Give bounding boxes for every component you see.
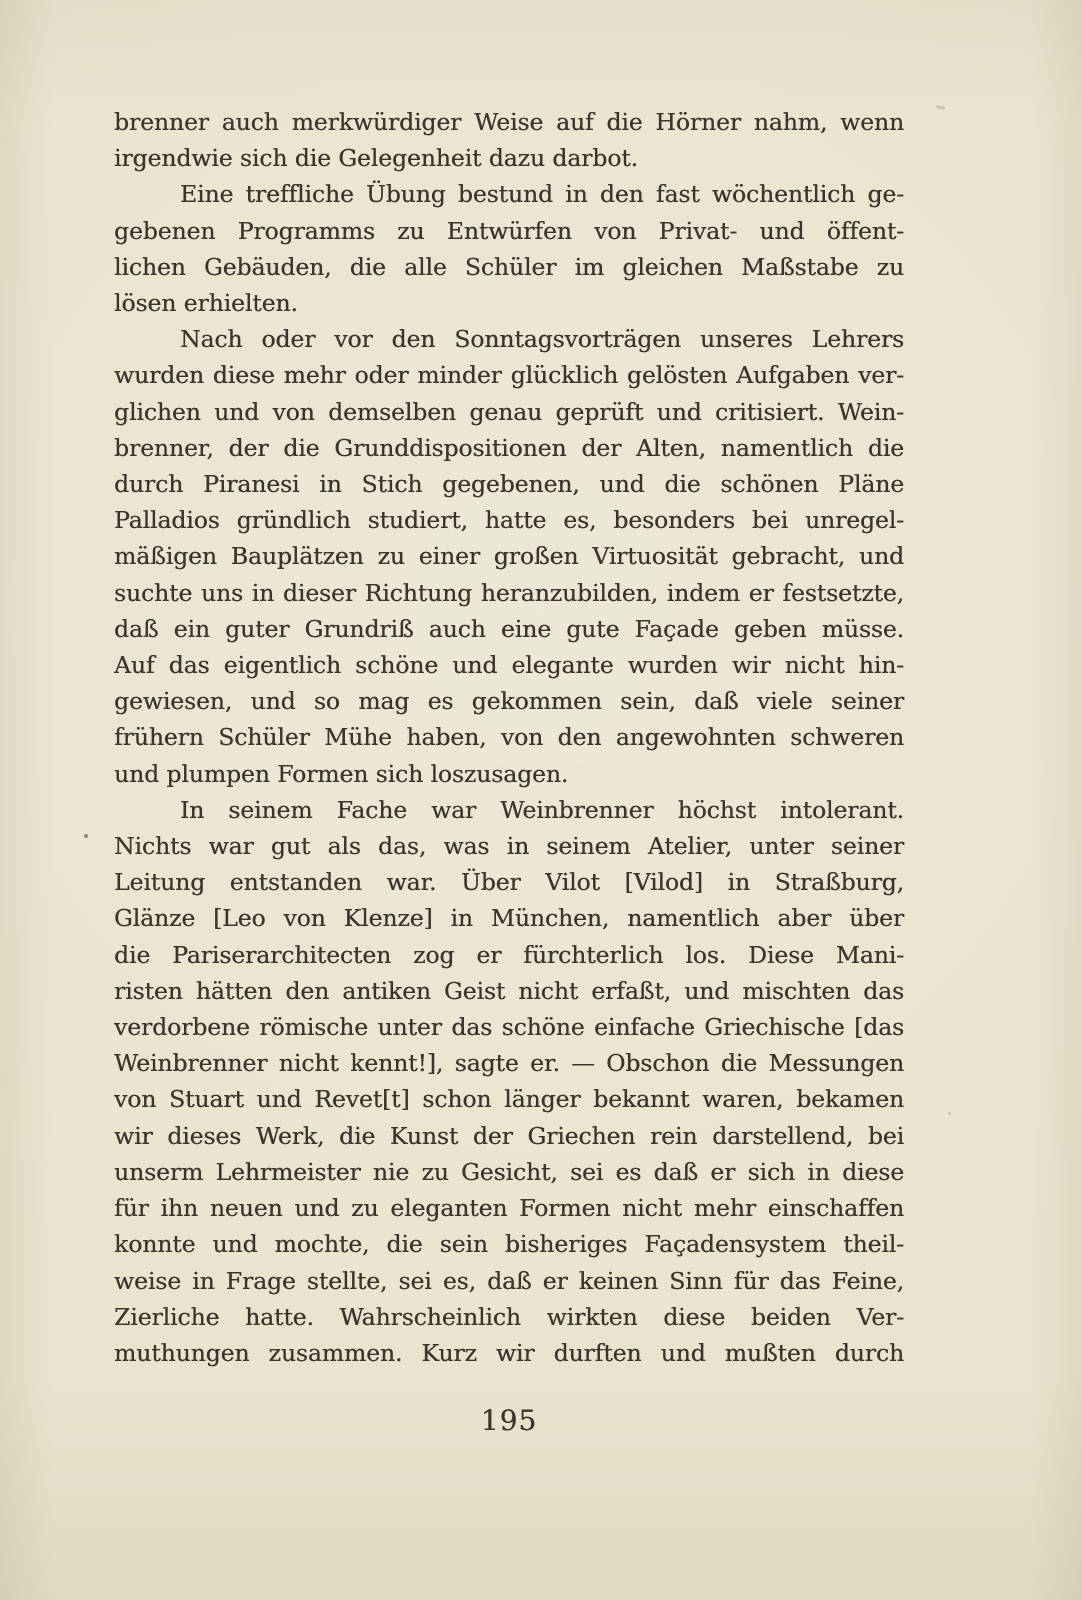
text-line: daß ein guter Grundriß auch eine gute Fa… — [114, 611, 904, 647]
text-line: gewiesen, und so mag es gekommen sein, d… — [114, 683, 904, 719]
text-line: und plumpen Formen sich loszusagen. — [114, 756, 904, 792]
paper-speck — [948, 1112, 951, 1115]
text-line: durch Piranesi in Stich gegebenen, und d… — [114, 466, 904, 502]
text-line: Auf das eigentlich schöne und elegante w… — [114, 647, 904, 683]
text-line: die Pariserarchitecten zog er fürchterli… — [114, 937, 904, 973]
text-line: verdorbene römische unter das schöne ein… — [114, 1009, 904, 1045]
page-number: 195 — [114, 1403, 904, 1439]
text-line: frühern Schüler Mühe haben, von den ange… — [114, 719, 904, 755]
text-line: glichen und von demselben genau geprüft … — [114, 394, 904, 430]
text-line: Zierliche hatte. Wahrscheinlich wirkten … — [114, 1299, 904, 1335]
text-line: suchte uns in dieser Richtung heranzubil… — [114, 575, 904, 611]
text-line: für ihn neuen und zu eleganten Formen ni… — [114, 1190, 904, 1226]
text-line: Palladios gründlich studiert, hatte es, … — [114, 502, 904, 538]
text-line: irgendwie sich die Gelegenheit dazu darb… — [114, 140, 904, 176]
text-line: wir dieses Werk, die Kunst der Griechen … — [114, 1118, 904, 1154]
paper-speck — [936, 105, 945, 110]
text-line: muthungen zusammen. Kurz wir durften und… — [114, 1335, 904, 1371]
text-line: In seinem Fache war Weinbrenner höchst i… — [114, 792, 904, 828]
text-line: unserm Lehrmeister nie zu Gesicht, sei e… — [114, 1154, 904, 1190]
text-line: gebenen Programms zu Entwürfen von Priva… — [114, 213, 904, 249]
text-line: Nichts war gut als das, was in seinem At… — [114, 828, 904, 864]
text-line: Leitung entstanden war. Über Vilot [Vilo… — [114, 864, 904, 900]
book-page: brenner auch merkwürdiger Weise auf die … — [0, 0, 1082, 1600]
text-line: Nach oder vor den Sonntagsvorträgen unse… — [114, 321, 904, 357]
text-line: Eine treffliche Übung bestund in den fas… — [114, 176, 904, 212]
text-line: risten hätten den antiken Geist nicht er… — [114, 973, 904, 1009]
text-line: Weinbrenner nicht kennt!], sagte er. — O… — [114, 1045, 904, 1081]
text-line: konnte und mochte, die sein bisheriges F… — [114, 1226, 904, 1262]
text-line: lösen erhielten. — [114, 285, 904, 321]
text-line: weise in Frage stellte, sei es, daß er k… — [114, 1263, 904, 1299]
text-block: brenner auch merkwürdiger Weise auf die … — [114, 104, 904, 1439]
paper-speck — [84, 834, 88, 838]
text-line: Glänze [Leo von Klenze] in München, name… — [114, 900, 904, 936]
text-line: wurden diese mehr oder minder glücklich … — [114, 357, 904, 393]
text-line: brenner, der die Grunddispositionen der … — [114, 430, 904, 466]
text-line: von Stuart und Revet[t] schon länger bek… — [114, 1081, 904, 1117]
text-line: brenner auch merkwürdiger Weise auf die … — [114, 104, 904, 140]
text-line: lichen Gebäuden, die alle Schüler im gle… — [114, 249, 904, 285]
text-line: mäßigen Bauplätzen zu einer großen Virtu… — [114, 538, 904, 574]
